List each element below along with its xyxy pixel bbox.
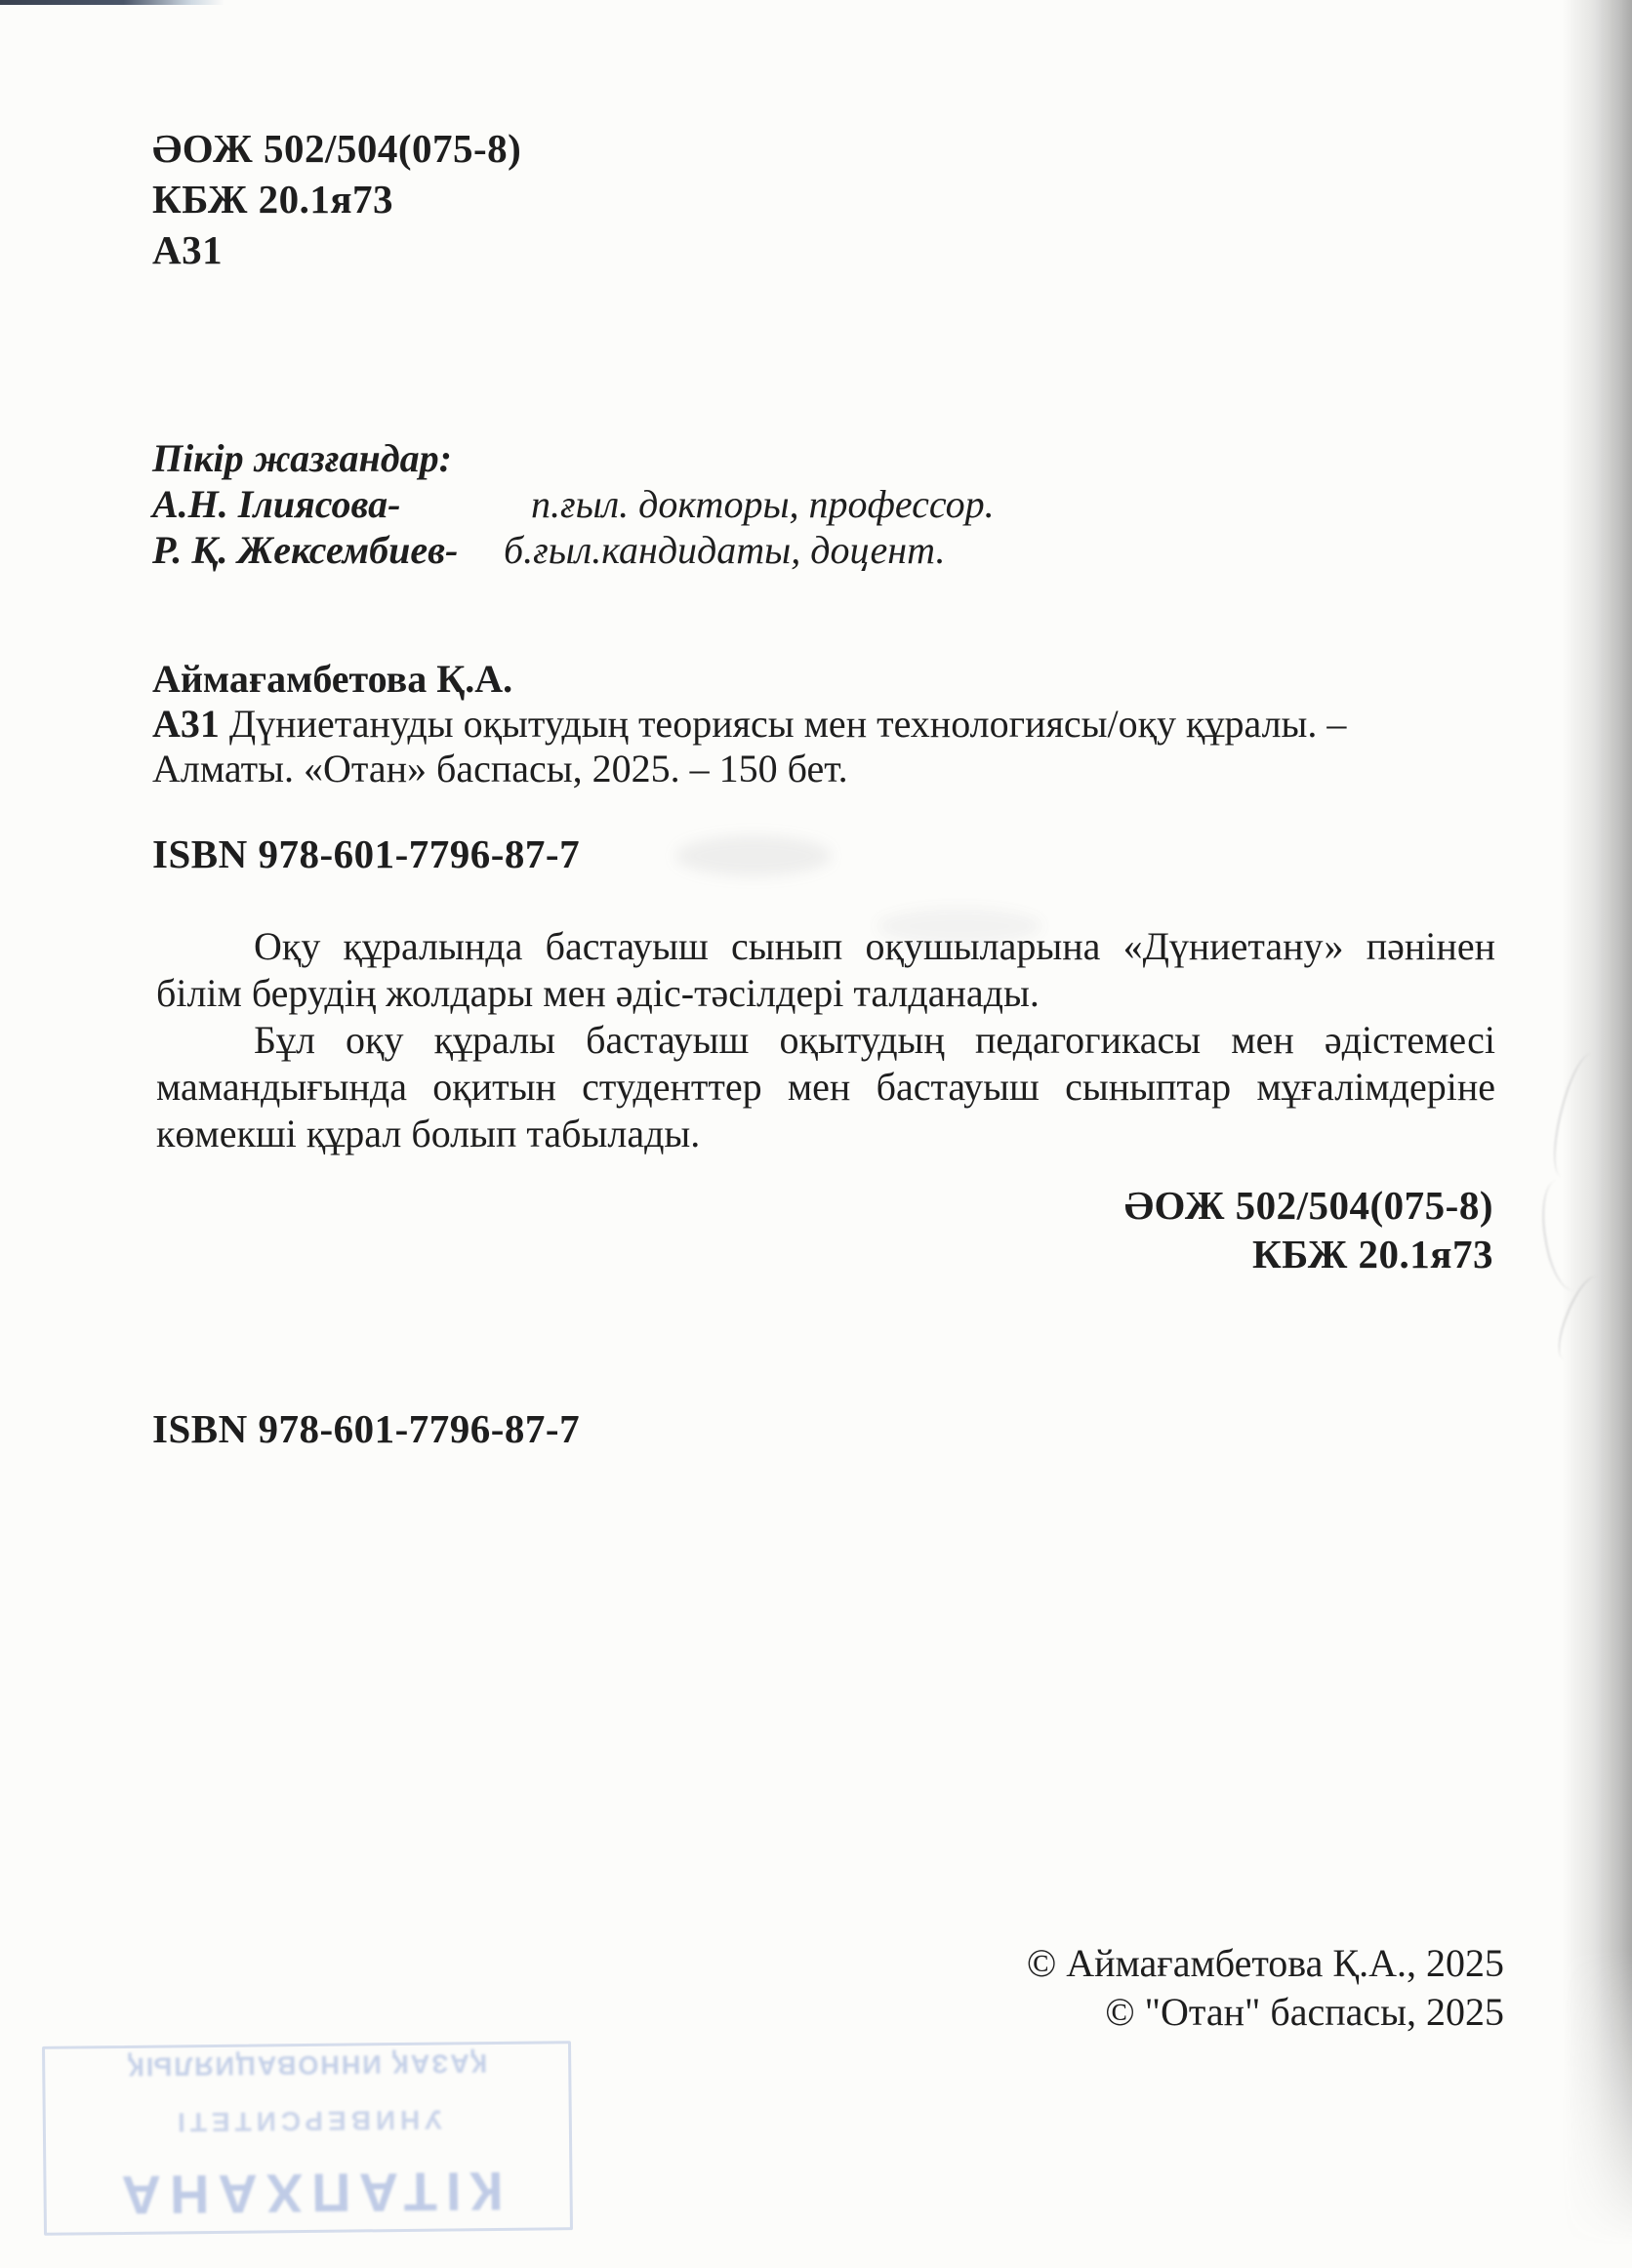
- reviewers-block: Пікір жазғандар: А.Н. Ілиясова-п.ғыл. до…: [152, 435, 995, 573]
- scanned-imprint-page: ӘОЖ 502/504(075-8) КБЖ 20.1я73 А31 Пікір…: [0, 0, 1632, 2268]
- copyright-author: © Аймағамбетова Қ.А., 2025: [1027, 1939, 1504, 1988]
- catalog-entry-line1: А31 Дүниетануды оқытудың теориясы мен те…: [152, 702, 1346, 747]
- reviewer-name: А.Н. Ілиясова-: [152, 481, 531, 527]
- udc-code: ӘОЖ 502/504(075-8): [152, 123, 521, 174]
- reviewer-row: А.Н. Ілиясова-п.ғыл. докторы, профессор.: [152, 481, 995, 527]
- book-title: Дүниетануды оқытудың теориясы мен технол…: [229, 702, 1347, 746]
- reviewer-title: б.ғыл.кандидаты, доцент.: [504, 528, 945, 572]
- reviewer-title: п.ғыл. докторы, профессор.: [531, 482, 995, 526]
- catalog-entry-line2: Алматы. «Отан» баспасы, 2025. – 150 бет.: [152, 747, 1346, 791]
- catalog-card: Аймағамбетова Қ.А. А31 Дүниетануды оқыту…: [152, 657, 1346, 791]
- stamp-line-library: КІТАПХАНА: [112, 2160, 504, 2227]
- reviewer-name: Р. Қ. Жексембиев-: [152, 527, 504, 573]
- isbn-bottom: ISBN 978-601-7796-87-7: [152, 1405, 580, 1452]
- scan-edge-top: [0, 0, 224, 5]
- stamp-text: КІТАПХАНА УНИВЕРСИТЕТІ ҚАЗАҚ ИННОВАЦИЯЛЫ…: [42, 2041, 573, 2236]
- bbk-code-right: КБЖ 20.1я73: [1124, 1230, 1493, 1278]
- annotation-block: Оқу құралында бастауыш сынып оқушыларына…: [156, 923, 1495, 1157]
- udc-code-right: ӘОЖ 502/504(075-8): [1124, 1181, 1493, 1230]
- scan-smudge: [675, 835, 832, 876]
- bbk-code: КБЖ 20.1я73: [152, 174, 521, 224]
- annotation-paragraph-2: Бұл оқу құралы бастауыш оқытудың педагог…: [156, 1017, 1495, 1157]
- annotation-paragraph-1: Оқу құралында бастауыш сынып оқушыларына…: [156, 923, 1495, 1017]
- classification-codes-top: ӘОЖ 502/504(075-8) КБЖ 20.1я73 А31: [152, 123, 521, 275]
- entry-author-sign: А31: [152, 702, 220, 746]
- author-sign-code: А31: [152, 224, 521, 275]
- library-stamp: КІТАПХАНА УНИВЕРСИТЕТІ ҚАЗАҚ ИННОВАЦИЯЛЫ…: [42, 2041, 573, 2236]
- classification-codes-right: ӘОЖ 502/504(075-8) КБЖ 20.1я73: [1124, 1181, 1493, 1278]
- book-author: Аймағамбетова Қ.А.: [152, 657, 1346, 702]
- reviewer-row: Р. Қ. Жексембиев-б.ғыл.кандидаты, доцент…: [152, 527, 995, 573]
- stamp-line-university: УНИВЕРСИТЕТІ: [173, 2104, 442, 2138]
- isbn-top: ISBN 978-601-7796-87-7: [152, 830, 580, 877]
- reviewers-heading: Пікір жазғандар:: [152, 435, 995, 481]
- copyright-block: © Аймағамбетова Қ.А., 2025 © "Отан" басп…: [1027, 1939, 1504, 2037]
- copyright-publisher: © "Отан" баспасы, 2025: [1027, 1988, 1504, 2037]
- stamp-line-org: ҚАЗАҚ ИННОВАЦИЯЛЫҚ: [126, 2047, 487, 2082]
